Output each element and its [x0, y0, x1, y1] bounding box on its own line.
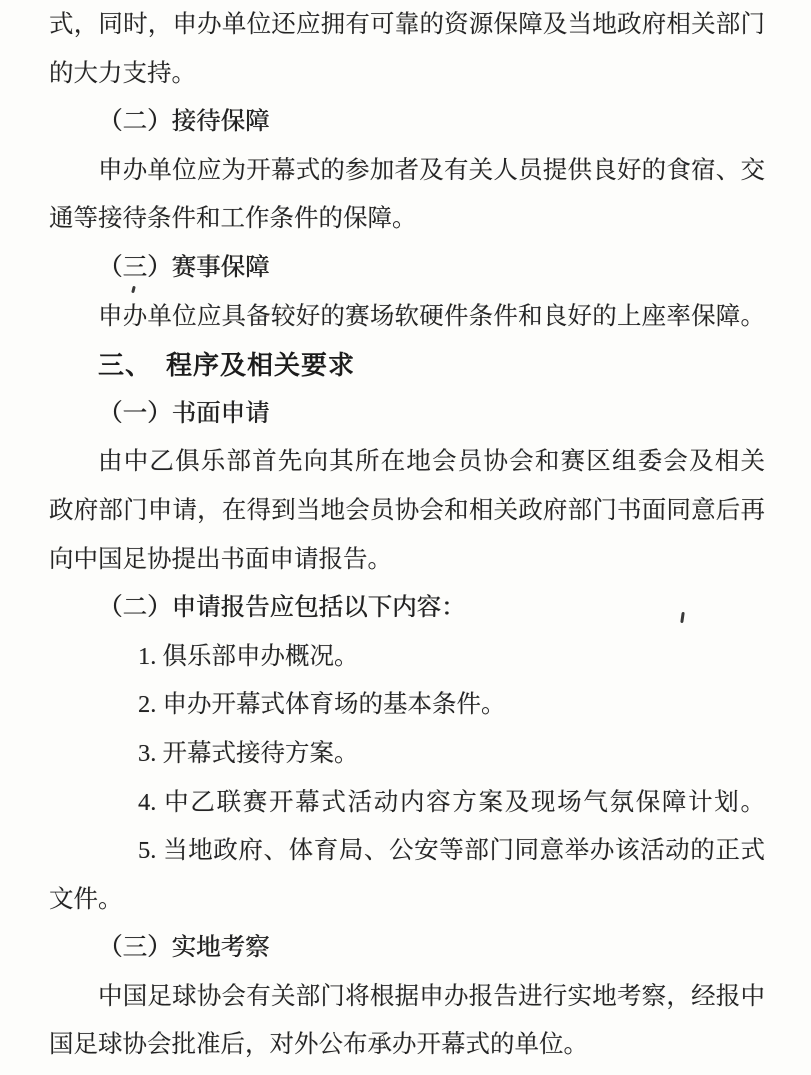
paragraph-line: 向中国足协提出书面申请报告。: [49, 536, 765, 585]
section-heading: 三、 程序及相关要求: [49, 341, 765, 390]
document-text-column: 式，同时，申办单位还应拥有可靠的资源保障及当地政府相关部门 的大力支持。 （二）…: [49, 1, 765, 1070]
paragraph-line: 通等接待条件和工作条件的保障。: [49, 195, 765, 244]
list-item: 3. 开幕式接待方案。: [49, 730, 765, 779]
paragraph-line: 文件。: [49, 876, 765, 925]
paragraph-line: 申办单位应具备较好的赛场软硬件条件和良好的上座率保障。: [49, 293, 765, 342]
subsection-heading: （一）书面申请: [49, 390, 765, 439]
paragraph-line: 由中乙俱乐部首先向其所在地会员协会和赛区组委会及相关: [49, 438, 765, 487]
paragraph-line: 中国足球协会有关部门将根据申办报告进行实地考察，经报中: [49, 973, 765, 1022]
paragraph-line: 政府部门申请，在得到当地会员协会和相关政府部门书面同意后再: [49, 487, 765, 536]
paragraph-line: 式，同时，申办单位还应拥有可靠的资源保障及当地政府相关部门: [49, 1, 765, 50]
list-item: 4. 中乙联赛开幕式活动内容方案及现场气氛保障计划。: [49, 779, 765, 828]
subsection-heading: （二）接待保障: [49, 98, 765, 147]
paragraph-line: 申办单位应为开幕式的参加者及有关人员提供良好的食宿、交: [49, 147, 765, 196]
list-item: 2. 申办开幕式体育场的基本条件。: [49, 681, 765, 730]
list-item: 1. 俱乐部申办概况。: [49, 633, 765, 682]
paragraph-line: 的大力支持。: [49, 50, 765, 99]
subsection-heading: （二）申请报告应包括以下内容：: [49, 584, 765, 633]
paragraph-line: 国足球协会批准后，对外公布承办开幕式的单位。: [49, 1021, 765, 1070]
subsection-heading: （三）赛事保障: [49, 244, 765, 293]
subsection-heading: （三）实地考察: [49, 924, 765, 973]
list-item: 5. 当地政府、体育局、公安等部门同意举办该活动的正式: [49, 827, 765, 876]
scanned-document-page: 式，同时，申办单位还应拥有可靠的资源保障及当地政府相关部门 的大力支持。 （二）…: [0, 0, 811, 1075]
